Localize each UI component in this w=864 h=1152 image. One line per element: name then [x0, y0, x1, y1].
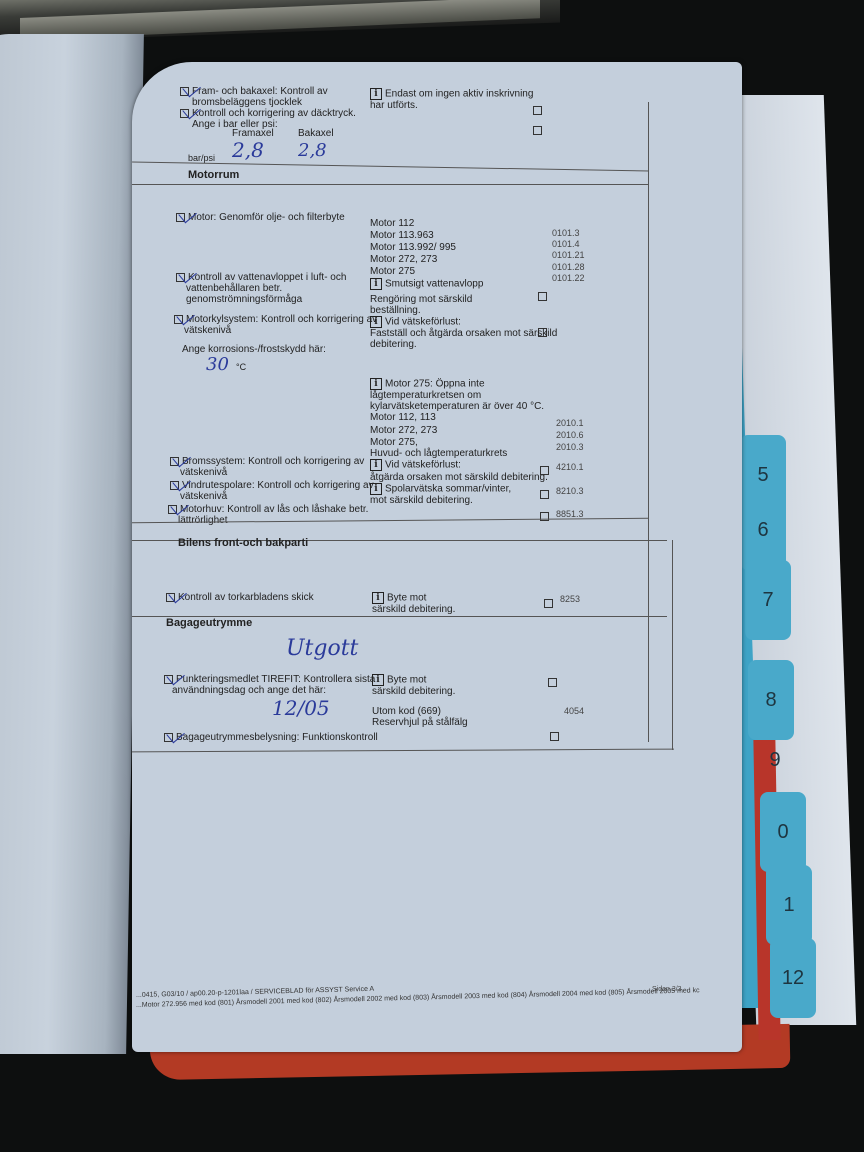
coolant-motor: Motor 272, 273 [370, 425, 437, 436]
section-heading-motorrum: Motorrum [188, 170, 239, 181]
tirefit-label-2: användningsdag och ange det här: [172, 685, 326, 696]
checkbox-checked[interactable] [180, 109, 189, 118]
frame-right-lower [672, 540, 673, 750]
info-icon: i [372, 592, 384, 604]
note-text: åtgärda orsaken mot särskild debitering. [370, 472, 548, 483]
brake-pad-item[interactable]: Fram- och bakaxel: Kontroll av [180, 86, 328, 97]
checkbox-checked[interactable] [170, 457, 179, 466]
coolant-code: 2010.1 [556, 418, 584, 428]
info-icon: i [370, 378, 382, 390]
wiper-item[interactable]: Kontroll av torkarbladens skick [166, 592, 314, 603]
oil-change-item[interactable]: Motor: Genomför olje- och filterbyte [176, 212, 345, 223]
fluid-loss-note: iVid vätskeförlust: [370, 316, 461, 328]
front-pressure-value[interactable]: 2,8 [232, 138, 264, 162]
coolant-code: 2010.6 [556, 430, 584, 440]
wiper-note: iByte mot [372, 592, 426, 604]
tire-pressure-item[interactable]: Kontroll och korrigering av däcktryck. [180, 108, 356, 119]
note-text: beställning. [370, 305, 421, 316]
left-page [0, 34, 144, 1054]
divider [132, 749, 674, 753]
oil-motor: Motor 113.963 [370, 230, 434, 241]
checkbox-checked[interactable] [180, 87, 189, 96]
washer-item[interactable]: Vindrutespolare: Kontroll och korrigerin… [170, 480, 374, 491]
coolant-motor: Motor 275, [370, 437, 418, 448]
checkbox[interactable] [544, 599, 553, 608]
note-text: mot särskild debitering. [370, 495, 473, 506]
info-icon: i [370, 88, 382, 100]
handwritten-note: Utgott [286, 636, 358, 661]
coolant-code: 2010.3 [556, 442, 584, 452]
hood-item[interactable]: Motorhuv: Kontroll av lås och låshake be… [168, 504, 368, 515]
service-sheet-page: Fram- och bakaxel: Kontroll av bromsbelä… [132, 62, 742, 1052]
info-icon: i [372, 674, 384, 686]
note-text: Rengöring mot särskild [370, 294, 472, 305]
note-text: Fastställ och åtgärda orsaken mot särski… [370, 328, 557, 339]
note-active-registration: iEndast om ingen aktiv inskrivning [370, 88, 533, 100]
checkbox[interactable] [540, 466, 549, 475]
checkbox[interactable] [540, 512, 549, 521]
coolant-item[interactable]: Motorkylsystem: Kontroll och korrigering… [174, 314, 377, 325]
tirefit-note: iByte mot [372, 674, 426, 686]
note-text: särskild debitering. [372, 604, 455, 615]
oil-motor: Motor 275 [370, 266, 415, 277]
brake-pad-label-2: bromsbeläggens tjocklek [192, 97, 302, 108]
antifreeze-unit: °C [236, 362, 246, 373]
dirty-drain-note: iSmutsigt vattenavlopp [370, 278, 483, 290]
checkbox-checked[interactable] [174, 315, 183, 324]
brake-fluid-item[interactable]: Bromssystem: Kontroll och korrigering av [170, 456, 364, 467]
oil-code: 0101.22 [552, 273, 585, 283]
info-icon: i [370, 483, 382, 495]
divider [132, 184, 649, 185]
oil-code: 0101.3 [552, 228, 580, 238]
oil-motor: Motor 112 [370, 218, 414, 229]
checkbox-checked[interactable] [176, 273, 185, 282]
checkbox-checked[interactable] [170, 481, 179, 490]
info-icon: i [370, 278, 382, 290]
checkbox-checked[interactable] [176, 213, 185, 222]
rear-pressure-value[interactable]: 2,8 [298, 140, 327, 161]
checkbox-checked[interactable] [164, 675, 173, 684]
checkbox[interactable] [538, 292, 547, 301]
tab-7[interactable]: 7 [745, 560, 791, 640]
brake-code: 4210.1 [556, 462, 584, 472]
washer-note: iSpolarvätska sommar/vinter, [370, 483, 511, 495]
tirefit-date[interactable]: 12/05 [272, 696, 330, 720]
washer-code: 8210.3 [556, 486, 584, 496]
coolant-motor: Motor 112, 113 [370, 412, 436, 423]
motor-275-note: iMotor 275: Öppna inte [370, 378, 485, 390]
note-text: kylarvätsketemperaturen är över 40 °C. [370, 401, 544, 412]
tab-12[interactable]: 12 [770, 938, 816, 1018]
tab-11[interactable]: 1 [766, 865, 812, 945]
oil-motor: Motor 272, 273 [370, 254, 437, 265]
tab-10[interactable]: 0 [760, 792, 806, 872]
checkbox-checked[interactable] [168, 505, 177, 514]
tab-6[interactable]: 6 [740, 490, 786, 570]
trunk-code: 4054 [564, 706, 584, 716]
checkbox[interactable] [533, 106, 542, 115]
info-icon: i [370, 459, 382, 471]
section-heading-front-rear: Bilens front-och bakparti [178, 538, 308, 549]
antifreeze-prompt: Ange korrosions-/frostskydd här: [182, 344, 326, 355]
water-drain-label-2: vattenbehållaren betr. [186, 283, 282, 294]
brake-loss-note: iVid vätskeförlust: [370, 459, 461, 471]
tab-9[interactable]: 9 [752, 720, 798, 800]
checkbox[interactable] [533, 126, 542, 135]
oil-code: 0101.4 [552, 239, 580, 249]
note-text: särskild debitering. [372, 686, 455, 697]
oil-code: 0101.21 [552, 250, 585, 260]
section-heading-trunk: Bagageutrymme [166, 618, 252, 629]
note-text: Reservhjul på stålfälg [372, 717, 468, 728]
frame-right [648, 102, 649, 742]
checkbox[interactable] [540, 490, 549, 499]
tirefit-item[interactable]: Punkteringsmedlet TIREFIT: Kontrollera s… [164, 674, 375, 685]
water-drain-item[interactable]: Kontroll av vattenavloppet i luft- och [176, 272, 346, 283]
washer-label-2: vätskenivå [180, 491, 227, 502]
oil-motor: Motor 113.992/ 995 [370, 242, 456, 253]
rear-axle-label: Bakaxel [298, 128, 334, 139]
oil-code: 0101.28 [552, 262, 585, 272]
note-text: lågtemperaturkretsen om [370, 390, 481, 401]
antifreeze-value[interactable]: 30 [206, 354, 229, 375]
wiper-code: 8253 [560, 594, 580, 604]
checkbox-checked[interactable] [166, 593, 175, 602]
checkbox[interactable] [548, 678, 557, 687]
note-line-2: har utförts. [370, 100, 418, 111]
note-text: Huvud- och lågtemperaturkrets [370, 448, 507, 459]
note-text: debitering. [370, 339, 417, 350]
checkbox[interactable] [550, 732, 559, 741]
trunk-light-item[interactable]: Bagageutrymmesbelysning: Funktionskontro… [164, 732, 378, 743]
coolant-label-2: vätskenivå [184, 325, 231, 336]
info-icon: i [370, 316, 382, 328]
checkbox-checked[interactable] [164, 733, 173, 742]
water-drain-label-3: genomströmningsförmåga [186, 294, 302, 305]
note-text: Utom kod (669) [372, 706, 441, 717]
